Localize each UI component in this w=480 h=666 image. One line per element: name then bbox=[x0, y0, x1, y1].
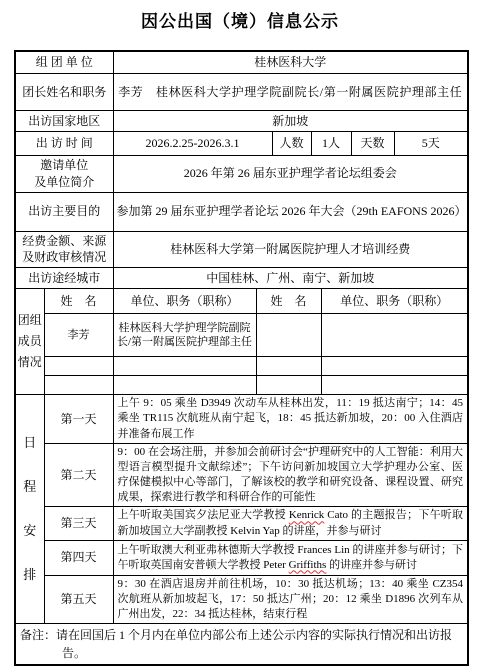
member-row bbox=[15, 376, 468, 395]
itinerary-row-day4: 第四天 上午听取澳大利亚弗林德斯大学教授 Frances Lin 的讲座并参与研… bbox=[15, 540, 468, 575]
members-header-name: 姓 名 bbox=[44, 289, 113, 314]
itinerary-section-label: 日 程 安 排 bbox=[15, 395, 44, 624]
day4-label: 第四天 bbox=[44, 540, 113, 575]
member-row: 李芳 桂林医科大学护理学院副院长/第一附属医院护理部主任 bbox=[15, 314, 468, 357]
row-country: 出访国家地区 新加坡 bbox=[15, 111, 468, 132]
itinerary-text: 的讲座并参与研讨 bbox=[326, 559, 417, 571]
member-name: 李芳 bbox=[44, 314, 113, 357]
itinerary-text: 9：30 在酒店退房并前往机场，10：30 抵达机场；13：40 乘坐 CZ35… bbox=[118, 578, 464, 620]
member-title bbox=[113, 376, 256, 395]
row-members-header: 团组 成员 情况 姓 名 单位、职务（职称） 姓 名 单位、职务（职称） bbox=[15, 289, 468, 314]
row-purpose: 出访主要目的 参加第 29 届东亚护理学者论坛 2026 年大会（29th EA… bbox=[15, 192, 468, 231]
leader-label: 团长姓名和职务 bbox=[15, 74, 113, 111]
people-value: 1人 bbox=[311, 132, 351, 156]
country-value: 新加坡 bbox=[113, 111, 468, 132]
misspelled-word: Kenrick bbox=[289, 509, 324, 521]
member-row bbox=[15, 357, 468, 376]
itinerary-text: 9：00 在会场注册，并参加会前研讨会“护理研究中的人工智能：利用大型语言模型提… bbox=[118, 446, 464, 504]
inviter-value: 2026 年第 26 届东亚护理学者论坛组委会 bbox=[113, 156, 468, 193]
members-header-name2: 姓 名 bbox=[256, 289, 321, 314]
note-text: 备注：请在回国后 1 个月内在单位内部公布上述公示内容的实际执行情况和出访报告。 bbox=[15, 624, 468, 666]
country-label: 出访国家地区 bbox=[15, 111, 113, 132]
member-name2 bbox=[256, 357, 321, 376]
page-title: 因公出国（境）信息公示 bbox=[0, 7, 480, 32]
member-title2 bbox=[321, 314, 468, 357]
leader-value: 李芳 桂林医科大学护理学院副院长/第一附属医院护理部主任 bbox=[113, 74, 468, 111]
day5-label: 第五天 bbox=[44, 575, 113, 624]
members-header-title2: 单位、职务（职称） bbox=[321, 289, 468, 314]
day1-label: 第一天 bbox=[44, 395, 113, 444]
row-funding: 经费金额、来源 及财政审核情况 桂林医科大学第一附属医院护理人才培训经费 bbox=[15, 231, 468, 268]
itinerary-text: 上午听取美国宾夕法尼亚大学教授 bbox=[118, 509, 289, 521]
row-note: 备注：请在回国后 1 个月内在单位内部公布上述公示内容的实际执行情况和出访报告。 bbox=[15, 624, 468, 666]
misspelled-word: Griffiths bbox=[289, 559, 327, 571]
member-title2 bbox=[321, 357, 468, 376]
cities-label: 出访途经城市 bbox=[15, 268, 113, 289]
row-org: 组 团 单 位 桂林医科大学 bbox=[15, 51, 468, 74]
org-label: 组 团 单 位 bbox=[15, 51, 113, 74]
itinerary-text: 上午 9：05 乘坐 D3949 次动车从桂林出发，11：19 抵达南宁；14：… bbox=[118, 397, 464, 439]
member-title bbox=[113, 357, 256, 376]
day5-content: 9：30 在酒店退房并前往机场，10：30 抵达机场；13：40 乘坐 CZ35… bbox=[113, 575, 468, 624]
member-name2 bbox=[256, 314, 321, 357]
itinerary-row-day2: 第二天 9：00 在会场注册，并参加会前研讨会“护理研究中的人工智能：利用大型语… bbox=[15, 443, 468, 507]
org-value: 桂林医科大学 bbox=[113, 51, 468, 74]
purpose-value: 参加第 29 届东亚护理学者论坛 2026 年大会（29th EAFONS 20… bbox=[113, 192, 468, 231]
inviter-label: 邀请单位 及单位简介 bbox=[15, 156, 113, 193]
funding-label: 经费金额、来源 及财政审核情况 bbox=[15, 231, 113, 268]
time-label: 出 访 时 间 bbox=[15, 132, 113, 156]
member-title2 bbox=[321, 376, 468, 395]
row-cities: 出访途经城市 中国桂林、广州、南宁、新加坡 bbox=[15, 268, 468, 289]
announcement-page: { "doc": { "title": "因公出国（境）信息公示" }, "in… bbox=[0, 7, 480, 633]
member-name bbox=[44, 357, 113, 376]
members-header-title: 单位、职务（职称） bbox=[113, 289, 256, 314]
row-time: 出 访 时 间 2026.2.25-2026.3.1 人数 1人 天数 5天 bbox=[15, 132, 468, 156]
days-value: 5天 bbox=[394, 132, 468, 156]
member-name2 bbox=[256, 376, 321, 395]
day1-content: 上午 9：05 乘坐 D3949 次动车从桂林出发，11：19 抵达南宁；14：… bbox=[113, 395, 468, 444]
day2-label: 第二天 bbox=[44, 443, 113, 507]
day2-content: 9：00 在会场注册，并参加会前研讨会“护理研究中的人工智能：利用大型语言模型提… bbox=[113, 443, 468, 507]
member-name bbox=[44, 376, 113, 395]
row-leader: 团长姓名和职务 李芳 桂林医科大学护理学院副院长/第一附属医院护理部主任 bbox=[15, 74, 468, 111]
cities-value: 中国桂林、广州、南宁、新加坡 bbox=[113, 268, 468, 289]
itinerary-row-day5: 第五天 9：30 在酒店退房并前往机场，10：30 抵达机场；13：40 乘坐 … bbox=[15, 575, 468, 624]
itinerary-row-day1: 日 程 安 排 第一天 上午 9：05 乘坐 D3949 次动车从桂林出发，11… bbox=[15, 395, 468, 444]
day3-content: 上午听取美国宾夕法尼亚大学教授 Kenrick Cato 的主题报告；下午听取新… bbox=[113, 507, 468, 540]
day3-label: 第三天 bbox=[44, 507, 113, 540]
row-inviter: 邀请单位 及单位简介 2026 年第 26 届东亚护理学者论坛组委会 bbox=[15, 156, 468, 193]
time-value: 2026.2.25-2026.3.1 bbox=[113, 132, 272, 156]
funding-value: 桂林医科大学第一附属医院护理人才培训经费 bbox=[113, 231, 468, 268]
itinerary-row-day3: 第三天 上午听取美国宾夕法尼亚大学教授 Kenrick Cato 的主题报告；下… bbox=[15, 507, 468, 540]
announcement-table: 组 团 单 位 桂林医科大学 团长姓名和职务 李芳 桂林医科大学护理学院副院长/… bbox=[14, 50, 469, 666]
day4-content: 上午听取澳大利亚弗林德斯大学教授 Frances Lin 的讲座并参与研讨；下午… bbox=[113, 540, 468, 575]
members-section-label: 团组 成员 情况 bbox=[15, 289, 44, 395]
people-label: 人数 bbox=[272, 132, 311, 156]
member-title: 桂林医科大学护理学院副院长/第一附属医院护理部主任 bbox=[113, 314, 256, 357]
purpose-label: 出访主要目的 bbox=[15, 192, 113, 231]
days-label: 天数 bbox=[351, 132, 394, 156]
